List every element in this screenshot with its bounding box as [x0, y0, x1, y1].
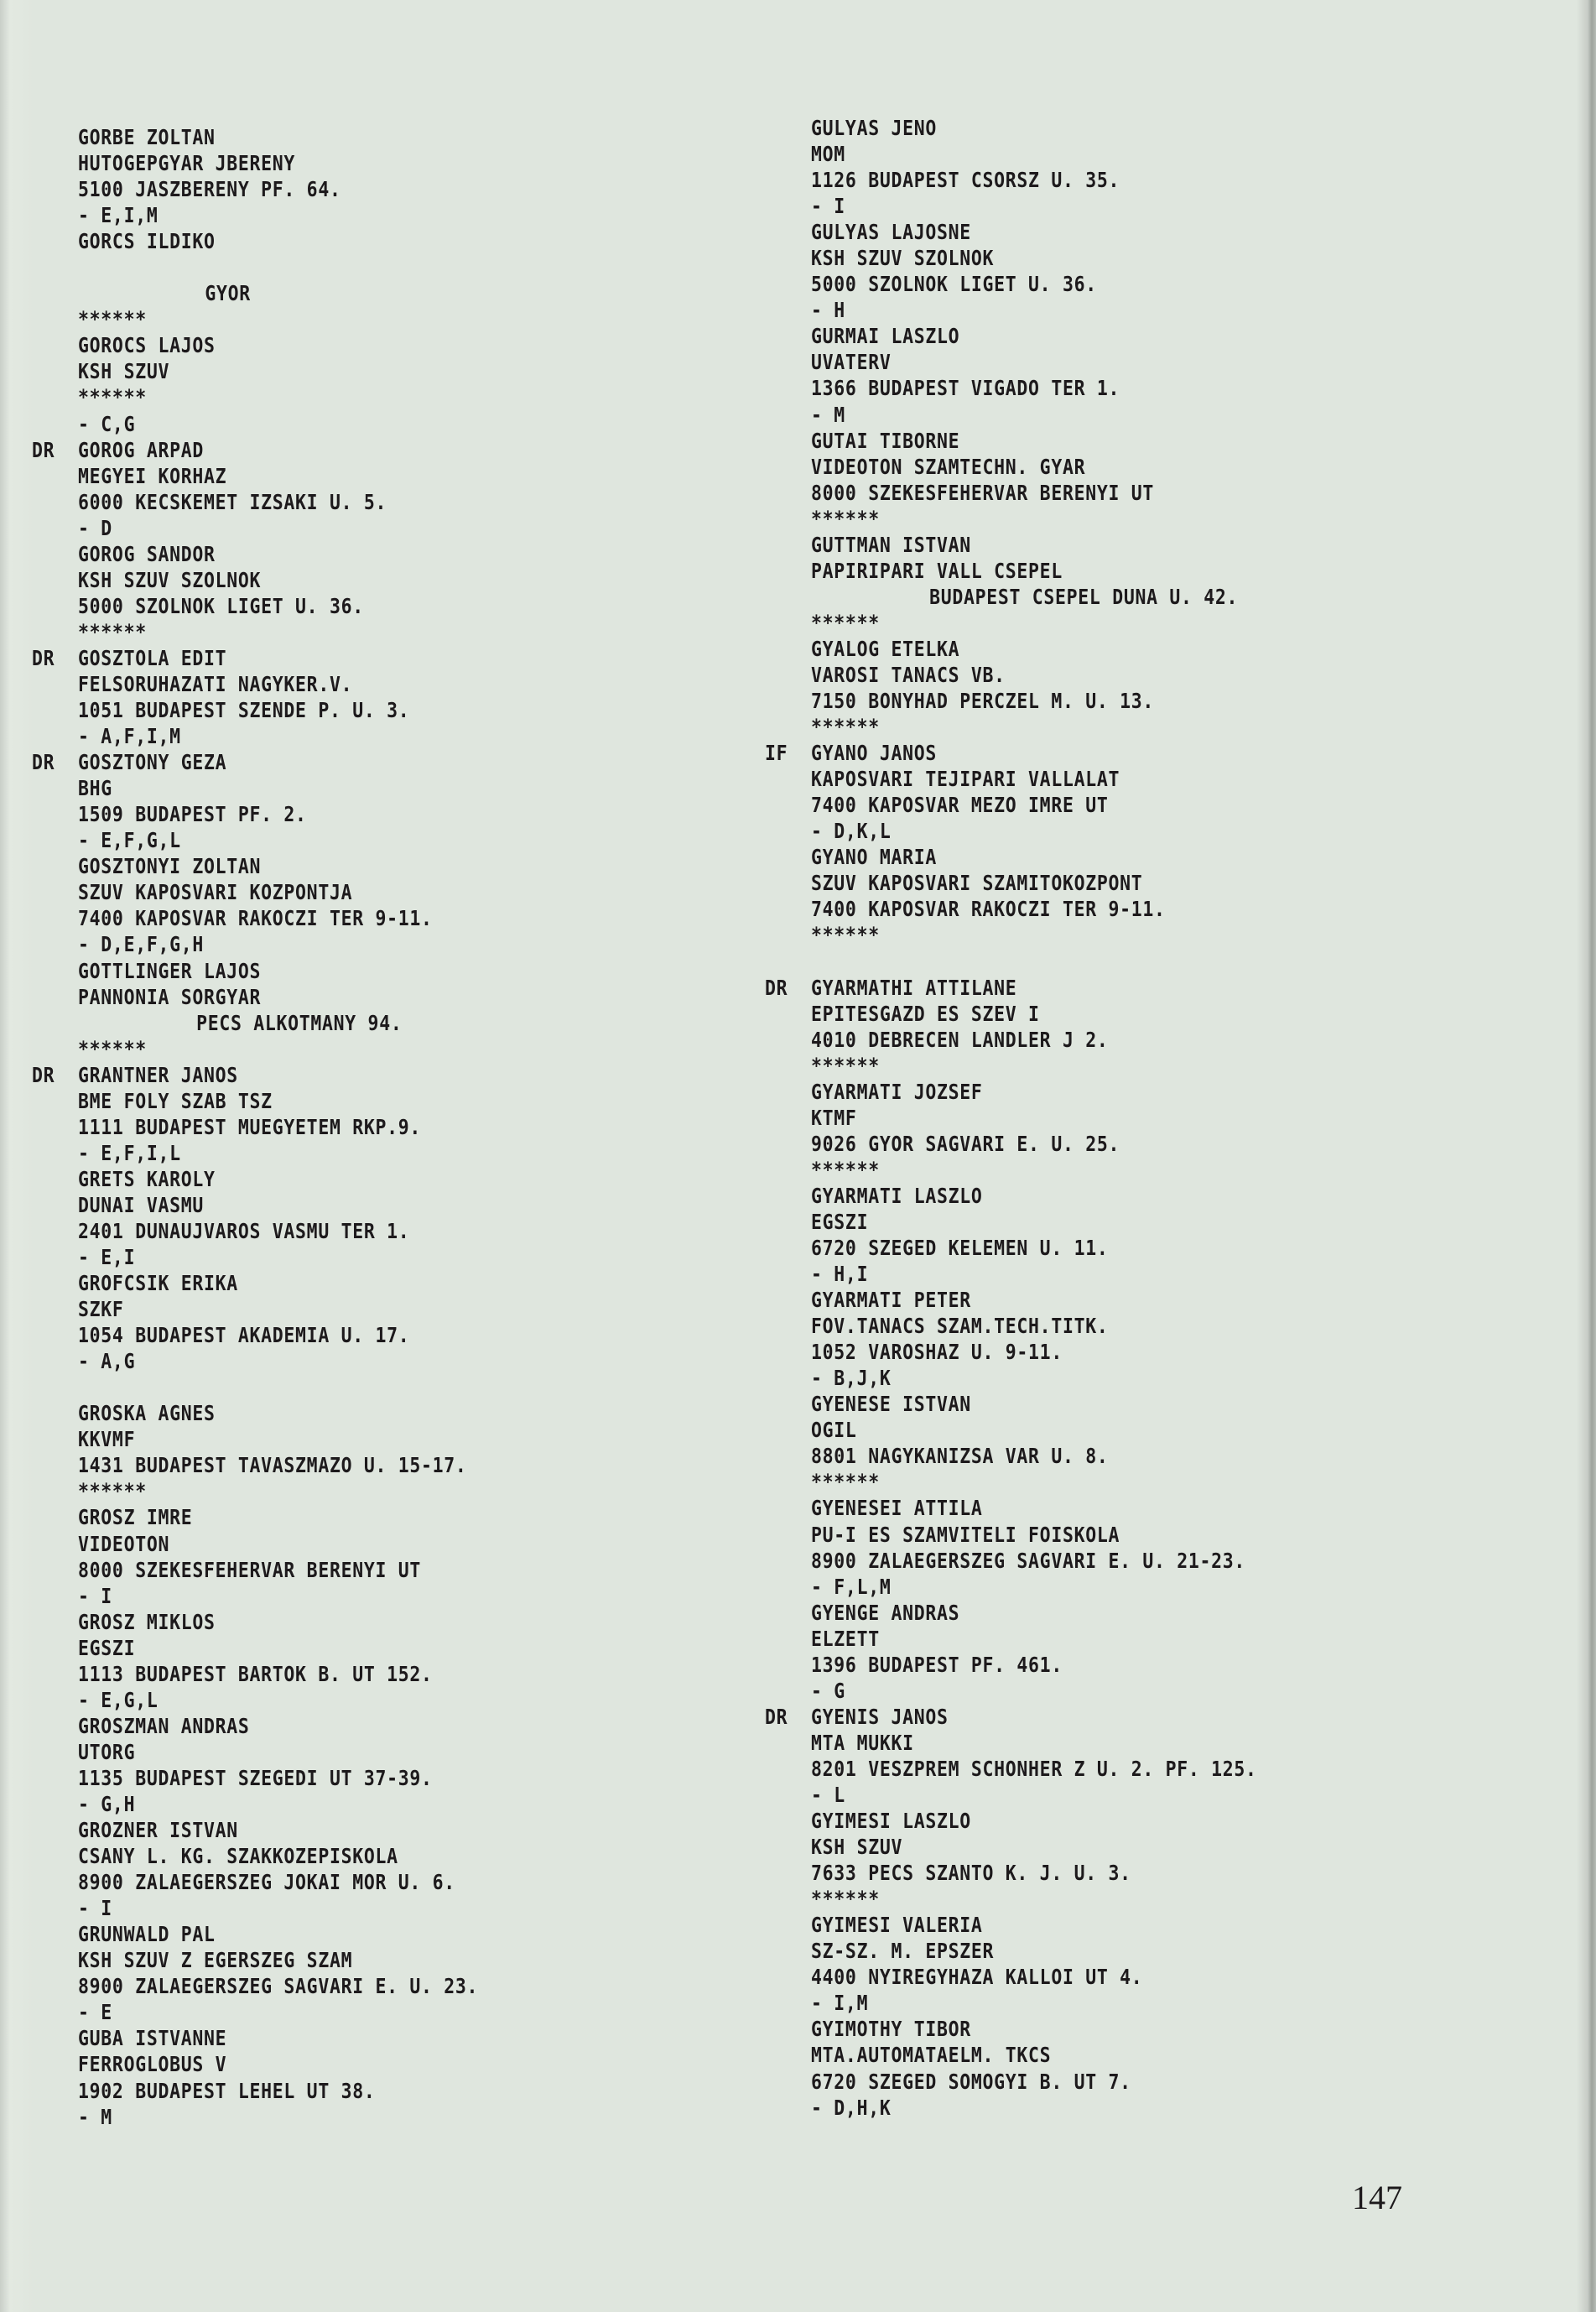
line-text: - B,J,K: [811, 1366, 891, 1390]
line-text: ******: [78, 620, 147, 644]
line-text: GROSZMAN ANDRAS: [78, 1714, 249, 1738]
category-codes: - E,F,I,L: [32, 1140, 652, 1166]
line-text: - E,F,G,L: [78, 828, 181, 852]
directory-line: 5000 SZOLNOK LIGET U. 36.: [765, 271, 1458, 297]
directory-line: 4400 NYIREGYHAZA KALLOI UT 4.: [765, 1964, 1458, 1990]
directory-line: GROFCSIK ERIKA: [32, 1270, 652, 1296]
directory-line: GURMAI LASZLO: [765, 323, 1458, 349]
line-text: ******: [78, 1479, 147, 1503]
line-text: 7150 BONYHAD PERCZEL M. U. 13.: [811, 689, 1154, 713]
directory-line: GYARMATI JOZSEF: [765, 1079, 1458, 1105]
directory-line: DRGOSZTONY GEZA: [32, 749, 652, 775]
line-text: MTA.AUTOMATAELM. TKCS: [811, 2043, 1051, 2067]
directory-line: GYENESEI ATTILA: [765, 1495, 1458, 1521]
category-codes: - G: [765, 1678, 1458, 1704]
line-text: 1396 BUDAPEST PF. 461.: [811, 1653, 1063, 1677]
directory-line: GYENESE ISTVAN: [765, 1391, 1458, 1417]
line-text: 8900 ZALAEGERSZEG SAGVARI E. U. 21-23.: [811, 1549, 1245, 1573]
line-text: GOTTLINGER LAJOS: [78, 959, 261, 983]
title-prefix: DR: [32, 749, 78, 775]
line-text: GOSZTONY GEZA: [78, 750, 226, 774]
directory-line: DUNAI VASMU: [32, 1192, 652, 1218]
category-codes: - I,M: [765, 1990, 1458, 2016]
line-text: ******: [811, 611, 880, 635]
line-text: SZ-SZ. M. EPSZER: [811, 1939, 994, 1963]
directory-line: GYARMATI LASZLO: [765, 1183, 1458, 1209]
line-text: UVATERV: [811, 350, 891, 374]
line-text: 1366 BUDAPEST VIGADO TER 1.: [811, 376, 1120, 400]
directory-line: EPITESGAZD ES SZEV I: [765, 1001, 1458, 1027]
line-text: GYOR: [205, 281, 251, 305]
line-text: 5000 SZOLNOK LIGET U. 36.: [811, 272, 1097, 296]
entry-separator: ******: [32, 306, 652, 332]
line-text: GOSZTOLA EDIT: [78, 646, 226, 670]
line-text: SZKF: [78, 1297, 124, 1321]
category-codes: - E,I: [32, 1244, 652, 1270]
line-text: 1431 BUDAPEST TAVASZMAZO U. 15-17.: [78, 1453, 466, 1477]
line-text: 1054 BUDAPEST AKADEMIA U. 17.: [78, 1323, 409, 1347]
entry-separator: ******: [32, 384, 652, 410]
line-text: GOROCS LAJOS: [78, 333, 216, 357]
line-text: GUTAI TIBORNE: [811, 429, 959, 453]
line-text: 6000 KECSKEMET IZSAKI U. 5.: [78, 490, 387, 514]
line-text: 1902 BUDAPEST LEHEL UT 38.: [78, 2079, 375, 2103]
directory-line: OGIL: [765, 1417, 1458, 1443]
directory-line: FELSORUHAZATI NAGYKER.V.: [32, 671, 652, 697]
title-prefix: DR: [765, 975, 811, 1001]
directory-line: 8000 SZEKESFEHERVAR BERENYI UT: [32, 1557, 652, 1583]
line-text: - H,I: [811, 1262, 868, 1286]
directory-line: HUTOGEPGYAR JBERENY: [32, 150, 652, 176]
line-text: GOSZTONYI ZOLTAN: [78, 854, 261, 878]
category-codes: - I: [32, 1895, 652, 1921]
title-prefix: DR: [765, 1704, 811, 1730]
directory-line: 1111 BUDAPEST MUEGYETEM RKP.9.: [32, 1114, 652, 1140]
directory-line: PAPIRIPARI VALL CSEPEL: [765, 558, 1458, 584]
line-text: ELZETT: [811, 1627, 880, 1651]
line-text: GYANO JANOS: [811, 741, 937, 765]
category-codes: - F,L,M: [765, 1574, 1458, 1600]
line-text: GRETS KAROLY: [78, 1167, 216, 1191]
line-text: GRUNWALD PAL: [78, 1922, 216, 1946]
directory-line: SZUV KAPOSVARI KOZPONTJA: [32, 879, 652, 905]
line-text: GORCS ILDIKO: [78, 229, 216, 253]
line-text: GROSKA AGNES: [78, 1401, 216, 1425]
directory-line: 6720 SZEGED KELEMEN U. 11.: [765, 1235, 1458, 1261]
line-text: 6720 SZEGED SOMOGYI B. UT 7.: [811, 2070, 1131, 2094]
directory-line: KSH SZUV SZOLNOK: [765, 245, 1458, 271]
directory-line: VIDEOTON SZAMTECHN. GYAR: [765, 454, 1458, 480]
line-text: BHG: [78, 776, 112, 800]
line-text: - M: [78, 2105, 112, 2129]
line-text: PANNONIA SORGYAR: [78, 985, 261, 1009]
entry-separator: ******: [765, 714, 1458, 740]
line-text: 6720 SZEGED KELEMEN U. 11.: [811, 1236, 1108, 1260]
category-codes: - D,H,K: [765, 2095, 1458, 2121]
directory-line: BUDAPEST CSEPEL DUNA U. 42.: [765, 584, 1458, 610]
line-text: - D,E,F,G,H: [78, 932, 204, 956]
line-text: GYARMATHI ATTILANE: [811, 976, 1016, 1000]
directory-line: GUTAI TIBORNE: [765, 428, 1458, 454]
directory-line: MOM: [765, 141, 1458, 167]
directory-line: GROSKA AGNES: [32, 1400, 652, 1426]
blank-line: [765, 949, 1458, 975]
entry-separator: ******: [765, 922, 1458, 948]
line-text: GYENGE ANDRAS: [811, 1601, 959, 1625]
directory-line: GYANO MARIA: [765, 844, 1458, 870]
line-text: - E,I,M: [78, 203, 158, 227]
entry-separator: ******: [765, 1157, 1458, 1183]
line-text: KSH SZUV SZOLNOK: [811, 246, 994, 270]
line-text: 8801 NAGYKANIZSA VAR U. 8.: [811, 1444, 1108, 1468]
directory-line: 8900 ZALAEGERSZEG SAGVARI E. U. 23.: [32, 1973, 652, 1999]
line-text: 8201 VESZPREM SCHONHER Z U. 2. PF. 125.: [811, 1757, 1257, 1781]
line-text: - D: [78, 516, 112, 540]
directory-line: KSH SZUV SZOLNOK: [32, 567, 652, 593]
line-text: - L: [811, 1783, 845, 1807]
line-text: CSANY L. KG. SZAKKOZEPISKOLA: [78, 1844, 398, 1868]
line-text: - I: [811, 194, 845, 218]
line-text: GYARMATI PETER: [811, 1288, 971, 1312]
line-text: KSH SZUV Z EGERSZEG SZAM: [78, 1948, 352, 1972]
category-codes: - B,J,K: [765, 1365, 1458, 1391]
directory-line: GYARMATI PETER: [765, 1287, 1458, 1313]
directory-line: SZUV KAPOSVARI SZAMITOKOZPONT: [765, 870, 1458, 896]
directory-line: 8201 VESZPREM SCHONHER Z U. 2. PF. 125.: [765, 1756, 1458, 1782]
directory-line: GYALOG ETELKA: [765, 636, 1458, 662]
line-text: - D,H,K: [811, 2096, 891, 2120]
directory-line: 6000 KECSKEMET IZSAKI U. 5.: [32, 489, 652, 515]
directory-line: 5100 JASZBERENY PF. 64.: [32, 176, 652, 202]
directory-line: GYIMESI LASZLO: [765, 1808, 1458, 1834]
line-text: GROSZ MIKLOS: [78, 1610, 216, 1634]
line-text: - E,F,I,L: [78, 1141, 181, 1165]
line-text: 9026 GYOR SAGVARI E. U. 25.: [811, 1132, 1120, 1156]
entry-separator: ******: [32, 1478, 652, 1504]
directory-line: 7150 BONYHAD PERCZEL M. U. 13.: [765, 688, 1458, 714]
line-text: GUTTMAN ISTVAN: [811, 533, 971, 557]
line-text: - D,K,L: [811, 819, 891, 843]
directory-line: 4010 DEBRECEN LANDLER J 2.: [765, 1027, 1458, 1053]
category-codes: - H: [765, 297, 1458, 323]
line-text: ******: [811, 1158, 880, 1182]
directory-line: DRGOROG ARPAD: [32, 437, 652, 463]
directory-line: 1509 BUDAPEST PF. 2.: [32, 801, 652, 827]
directory-line: 1051 BUDAPEST SZENDE P. U. 3.: [32, 697, 652, 723]
line-text: GULYAS LAJOSNE: [811, 220, 971, 244]
directory-line: 1366 BUDAPEST VIGADO TER 1.: [765, 375, 1458, 401]
entry-separator: ******: [32, 1036, 652, 1062]
line-text: - M: [811, 403, 845, 427]
line-text: PECS ALKOTMANY 94.: [196, 1011, 402, 1035]
category-codes: - A,G: [32, 1348, 652, 1374]
line-text: 8000 SZEKESFEHERVAR BERENYI UT: [811, 481, 1154, 505]
line-text: - G,H: [78, 1792, 135, 1816]
line-text: 7400 KAPOSVAR RAKOCZI TER 9-11.: [78, 906, 433, 930]
line-text: ******: [78, 307, 147, 331]
line-text: ******: [811, 507, 880, 531]
category-codes: - I: [32, 1583, 652, 1609]
directory-line: IFGYANO JANOS: [765, 740, 1458, 766]
entry-separator: ******: [765, 1469, 1458, 1495]
directory-line: MEGYEI KORHAZ: [32, 463, 652, 489]
line-text: - E,G,L: [78, 1688, 158, 1712]
directory-line: VAROSI TANACS VB.: [765, 662, 1458, 688]
directory-line: GYENGE ANDRAS: [765, 1600, 1458, 1626]
line-text: 4010 DEBRECEN LANDLER J 2.: [811, 1028, 1108, 1052]
line-text: 1052 VAROSHAZ U. 9-11.: [811, 1340, 1063, 1364]
directory-line: GULYAS JENO: [765, 115, 1458, 141]
directory-line: GORCS ILDIKO: [32, 228, 652, 254]
directory-line: MTA MUKKI: [765, 1730, 1458, 1756]
category-codes: - G,H: [32, 1791, 652, 1817]
line-text: ******: [811, 1887, 880, 1911]
category-codes: - M: [765, 402, 1458, 428]
line-text: - E,I: [78, 1245, 135, 1269]
line-text: GROSZ IMRE: [78, 1505, 192, 1529]
directory-line: DRGYENIS JANOS: [765, 1704, 1458, 1730]
entry-separator: ******: [765, 506, 1458, 532]
line-text: MTA MUKKI: [811, 1731, 914, 1755]
line-text: 5100 JASZBERENY PF. 64.: [78, 177, 341, 201]
line-text: KSH SZUV: [811, 1835, 902, 1859]
entry-separator: ******: [32, 619, 652, 645]
directory-line: GOSZTONYI ZOLTAN: [32, 853, 652, 879]
directory-line: KSH SZUV: [32, 358, 652, 384]
line-text: GRANTNER JANOS: [78, 1063, 238, 1087]
directory-line: 6720 SZEGED SOMOGYI B. UT 7.: [765, 2069, 1458, 2095]
directory-line: 1396 BUDAPEST PF. 461.: [765, 1652, 1458, 1678]
category-codes: - A,F,I,M: [32, 723, 652, 749]
category-codes: - I: [765, 193, 1458, 219]
directory-line: 1431 BUDAPEST TAVASZMAZO U. 15-17.: [32, 1452, 652, 1478]
line-text: GYENESE ISTVAN: [811, 1392, 971, 1416]
line-text: UTORG: [78, 1740, 135, 1764]
entry-separator: ******: [765, 610, 1458, 636]
line-text: KSH SZUV: [78, 359, 169, 383]
directory-line: ELZETT: [765, 1626, 1458, 1652]
directory-line: BME FOLY SZAB TSZ: [32, 1088, 652, 1114]
directory-line: GOTTLINGER LAJOS: [32, 958, 652, 984]
line-text: VIDEOTON: [78, 1532, 169, 1556]
directory-line: PANNONIA SORGYAR: [32, 984, 652, 1010]
directory-line: GUTTMAN ISTVAN: [765, 532, 1458, 558]
line-text: 8900 ZALAEGERSZEG SAGVARI E. U. 23.: [78, 1974, 478, 1998]
line-text: ******: [78, 1037, 147, 1061]
directory-line: 8000 SZEKESFEHERVAR BERENYI UT: [765, 480, 1458, 506]
directory-line: 5000 SZOLNOK LIGET U. 36.: [32, 593, 652, 619]
directory-line: GRETS KAROLY: [32, 1166, 652, 1192]
line-text: - I: [78, 1584, 112, 1608]
directory-line: 1135 BUDAPEST SZEGEDI UT 37-39.: [32, 1765, 652, 1791]
line-text: - I: [78, 1896, 112, 1920]
page-number: 147: [1352, 2178, 1402, 2217]
directory-line: 7400 KAPOSVAR RAKOCZI TER 9-11.: [32, 905, 652, 931]
directory-line: GROSZMAN ANDRAS: [32, 1713, 652, 1739]
directory-line: 8900 ZALAEGERSZEG SAGVARI E. U. 21-23.: [765, 1548, 1458, 1574]
directory-line: 2401 DUNAUJVAROS VASMU TER 1.: [32, 1218, 652, 1244]
line-text: 8000 SZEKESFEHERVAR BERENYI UT: [78, 1558, 421, 1582]
directory-line: 7400 KAPOSVAR RAKOCZI TER 9-11.: [765, 896, 1458, 922]
directory-line: 1126 BUDAPEST CSORSZ U. 35.: [765, 167, 1458, 193]
line-text: VAROSI TANACS VB.: [811, 663, 1006, 687]
directory-line: KAPOSVARI TEJIPARI VALLALAT: [765, 766, 1458, 792]
line-text: - A,G: [78, 1349, 135, 1373]
category-codes: - H,I: [765, 1261, 1458, 1287]
line-text: 1051 BUDAPEST SZENDE P. U. 3.: [78, 698, 409, 722]
line-text: KTMF: [811, 1106, 857, 1130]
line-text: SZUV KAPOSVARI SZAMITOKOZPONT: [811, 871, 1142, 895]
line-text: 2401 DUNAUJVAROS VASMU TER 1.: [78, 1219, 409, 1243]
directory-line: GULYAS LAJOSNE: [765, 219, 1458, 245]
directory-line: 1054 BUDAPEST AKADEMIA U. 17.: [32, 1322, 652, 1348]
right-column: GULYAS JENOMOM1126 BUDAPEST CSORSZ U. 35…: [765, 115, 1570, 2121]
line-text: ******: [811, 1054, 880, 1078]
line-text: BME FOLY SZAB TSZ: [78, 1089, 273, 1113]
category-codes: - D,K,L: [765, 818, 1458, 844]
line-text: 4400 NYIREGYHAZA KALLOI UT 4.: [811, 1965, 1142, 1989]
category-codes: - D,E,F,G,H: [32, 931, 652, 957]
line-text: ******: [811, 1470, 880, 1494]
entry-separator: ******: [765, 1886, 1458, 1912]
line-text: EGSZI: [811, 1210, 868, 1234]
line-text: GYANO MARIA: [811, 845, 937, 869]
line-text: GYENESEI ATTILA: [811, 1496, 982, 1520]
line-text: EPITESGAZD ES SZEV I: [811, 1002, 1040, 1026]
category-codes: - E,I,M: [32, 202, 652, 228]
line-text: KKVMF: [78, 1427, 135, 1451]
category-codes: - L: [765, 1782, 1458, 1808]
line-text: ******: [78, 385, 147, 409]
line-text: GYIMESI LASZLO: [811, 1809, 971, 1833]
directory-line: KKVMF: [32, 1426, 652, 1452]
line-text: 7400 KAPOSVAR RAKOCZI TER 9-11.: [811, 897, 1166, 921]
line-text: GUBA ISTVANNE: [78, 2026, 226, 2050]
line-text: - C,G: [78, 412, 135, 436]
line-text: 7400 KAPOSVAR MEZO IMRE UT: [811, 793, 1108, 817]
category-codes: - E,F,G,L: [32, 827, 652, 853]
line-text: GYENIS JANOS: [811, 1705, 949, 1729]
line-text: 5000 SZOLNOK LIGET U. 36.: [78, 594, 364, 618]
line-text: MEGYEI KORHAZ: [78, 464, 226, 488]
directory-line: SZ-SZ. M. EPSZER: [765, 1938, 1458, 1964]
directory-line: GORBE ZOLTAN: [32, 124, 652, 150]
line-text: 1126 BUDAPEST CSORSZ U. 35.: [811, 168, 1120, 192]
line-text: KAPOSVARI TEJIPARI VALLALAT: [811, 767, 1120, 791]
directory-line: GOROG SANDOR: [32, 541, 652, 567]
directory-line: 8900 ZALAEGERSZEG JOKAI MOR U. 6.: [32, 1869, 652, 1895]
line-text: FELSORUHAZATI NAGYKER.V.: [78, 672, 352, 696]
line-text: - F,L,M: [811, 1575, 891, 1599]
directory-line: UVATERV: [765, 349, 1458, 375]
directory-line: KTMF: [765, 1105, 1458, 1131]
directory-line: GYIMESI VALERIA: [765, 1912, 1458, 1938]
directory-line: GROSZ IMRE: [32, 1504, 652, 1530]
directory-line: GOROCS LAJOS: [32, 332, 652, 358]
directory-line: GUBA ISTVANNE: [32, 2025, 652, 2051]
line-text: 7633 PECS SZANTO K. J. U. 3.: [811, 1861, 1131, 1885]
line-text: GYIMOTHY TIBOR: [811, 2017, 971, 2041]
directory-line: GROSZ MIKLOS: [32, 1609, 652, 1635]
directory-line: 7633 PECS SZANTO K. J. U. 3.: [765, 1860, 1458, 1886]
entry-separator: ******: [765, 1053, 1458, 1079]
line-text: MOM: [811, 142, 845, 166]
directory-line: 1902 BUDAPEST LEHEL UT 38.: [32, 2078, 652, 2104]
line-text: GROFCSIK ERIKA: [78, 1271, 238, 1295]
line-text: GROZNER ISTVAN: [78, 1818, 238, 1842]
section-heading: GYOR: [32, 280, 652, 306]
directory-line: GYIMOTHY TIBOR: [765, 2016, 1458, 2042]
directory-page: GORBE ZOLTANHUTOGEPGYAR JBERENY5100 JASZ…: [0, 0, 1596, 2312]
category-codes: - M: [32, 2104, 652, 2130]
directory-line: DRGOSZTOLA EDIT: [32, 645, 652, 671]
title-prefix: IF: [765, 740, 811, 766]
directory-line: 1052 VAROSHAZ U. 9-11.: [765, 1339, 1458, 1365]
directory-line: 7400 KAPOSVAR MEZO IMRE UT: [765, 792, 1458, 818]
line-text: PU-I ES SZAMVITELI FOISKOLA: [811, 1523, 1120, 1547]
category-codes: - E,G,L: [32, 1687, 652, 1713]
blank-line: [32, 254, 652, 280]
directory-line: SZKF: [32, 1296, 652, 1322]
directory-line: KSH SZUV Z EGERSZEG SZAM: [32, 1947, 652, 1973]
directory-line: BHG: [32, 775, 652, 801]
directory-line: MTA.AUTOMATAELM. TKCS: [765, 2042, 1458, 2068]
title-prefix: DR: [32, 437, 78, 463]
directory-line: PECS ALKOTMANY 94.: [32, 1010, 652, 1036]
line-text: EGSZI: [78, 1636, 135, 1660]
line-text: GYIMESI VALERIA: [811, 1913, 982, 1937]
left-column: GORBE ZOLTANHUTOGEPGYAR JBERENY5100 JASZ…: [32, 124, 753, 2130]
directory-line: DRGRANTNER JANOS: [32, 1062, 652, 1088]
line-text: - A,F,I,M: [78, 724, 181, 748]
directory-line: 8801 NAGYKANIZSA VAR U. 8.: [765, 1443, 1458, 1469]
line-text: GOROG SANDOR: [78, 542, 216, 566]
line-text: - G: [811, 1679, 845, 1703]
line-text: GULYAS JENO: [811, 116, 937, 140]
line-text: ******: [811, 715, 880, 739]
line-text: 8900 ZALAEGERSZEG JOKAI MOR U. 6.: [78, 1870, 455, 1894]
title-prefix: DR: [32, 645, 78, 671]
line-text: GOROG ARPAD: [78, 438, 204, 462]
title-prefix: DR: [32, 1062, 78, 1088]
directory-line: 1113 BUDAPEST BARTOK B. UT 152.: [32, 1661, 652, 1687]
line-text: GORBE ZOLTAN: [78, 125, 216, 149]
line-text: FERROGLOBUS V: [78, 2052, 226, 2076]
line-text: 1135 BUDAPEST SZEGEDI UT 37-39.: [78, 1766, 433, 1790]
line-text: BUDAPEST CSEPEL DUNA U. 42.: [929, 585, 1238, 609]
category-codes: - D: [32, 515, 652, 541]
line-text: 1113 BUDAPEST BARTOK B. UT 152.: [78, 1662, 433, 1686]
line-text: - E: [78, 2000, 112, 2024]
line-text: VIDEOTON SZAMTECHN. GYAR: [811, 455, 1085, 479]
line-text: 1111 BUDAPEST MUEGYETEM RKP.9.: [78, 1115, 421, 1139]
directory-line: EGSZI: [765, 1209, 1458, 1235]
line-text: GYALOG ETELKA: [811, 637, 959, 661]
directory-line: PU-I ES SZAMVITELI FOISKOLA: [765, 1522, 1458, 1548]
category-codes: - E: [32, 1999, 652, 2025]
line-text: - I,M: [811, 1991, 868, 2015]
line-text: SZUV KAPOSVARI KOZPONTJA: [78, 880, 352, 904]
directory-line: KSH SZUV: [765, 1834, 1458, 1860]
directory-line: UTORG: [32, 1739, 652, 1765]
line-text: DUNAI VASMU: [78, 1193, 204, 1217]
directory-line: 9026 GYOR SAGVARI E. U. 25.: [765, 1131, 1458, 1157]
line-text: GURMAI LASZLO: [811, 324, 959, 348]
line-text: GYARMATI LASZLO: [811, 1184, 982, 1208]
line-text: PAPIRIPARI VALL CSEPEL: [811, 559, 1063, 583]
directory-line: GROZNER ISTVAN: [32, 1817, 652, 1843]
directory-line: FOV.TANACS SZAM.TECH.TITK.: [765, 1313, 1458, 1339]
